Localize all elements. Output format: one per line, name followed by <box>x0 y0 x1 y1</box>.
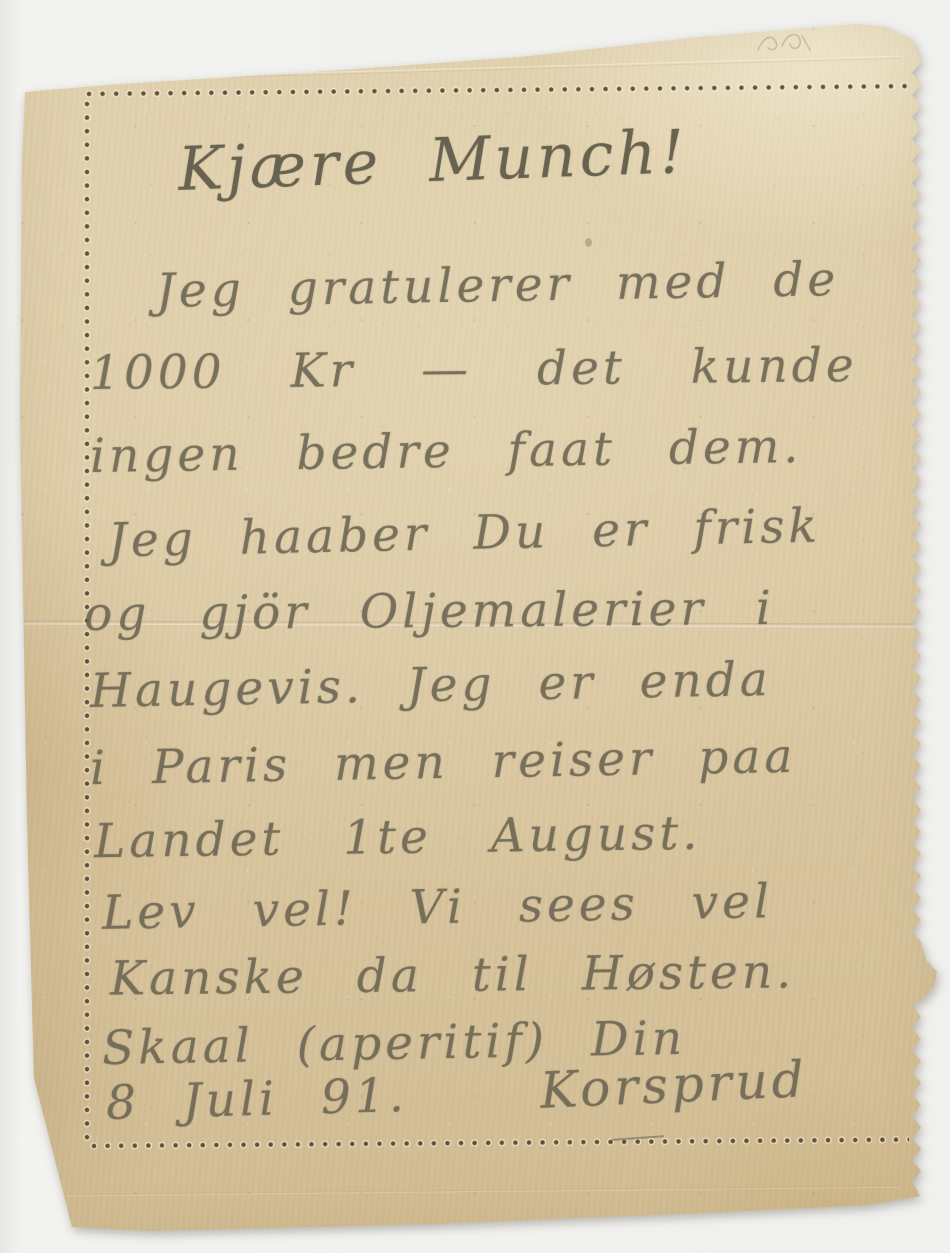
perforation-top <box>84 81 910 99</box>
date-line: 8 Juli 91. <box>105 1068 408 1131</box>
faint-pencil-scribble <box>752 26 816 60</box>
greeting-line: Kjære Munch! <box>177 117 689 205</box>
body-line: Jeg gratulerer med de <box>156 252 840 319</box>
body-line: Jeg haaber Du er frisk <box>108 499 822 569</box>
body-line: Landet 1te August. <box>94 806 702 869</box>
letter-scan: Kjære Munch! Jeg gratulerer med de 1000 … <box>0 0 950 1253</box>
signature: Korsprud <box>539 1050 809 1120</box>
crease-bottom <box>60 1186 900 1197</box>
body-line: i Paris men reiser paa <box>90 729 797 796</box>
body-line: Kanske da til Høsten. <box>110 944 796 1006</box>
letter-paper: Kjære Munch! Jeg gratulerer med de 1000 … <box>0 0 950 1253</box>
body-line: Lev vel! Vi sees vel <box>102 874 774 941</box>
body-line: og gjör Oljemalerier i <box>84 581 775 642</box>
body-line: Haugevis. Jeg er enda <box>90 652 773 719</box>
paper-speck <box>585 238 592 247</box>
body-line: ingen bedre faat dem. <box>90 419 803 484</box>
paper-shadow-wrap: Kjære Munch! Jeg gratulerer med de 1000 … <box>0 0 950 1253</box>
perforation-bottom <box>89 1135 909 1151</box>
body-line: 1000 Kr — det kunde <box>90 338 858 401</box>
